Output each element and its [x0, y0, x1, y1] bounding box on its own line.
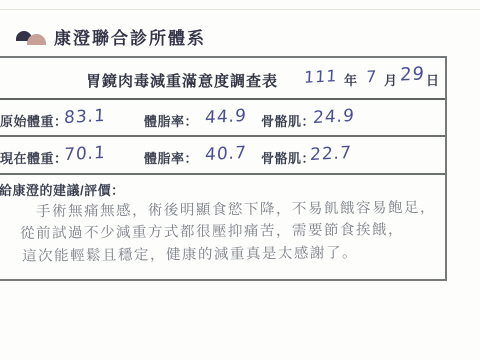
date-month-value: 7 [366, 67, 378, 87]
current-muscle-label: 骨骼肌： [261, 148, 315, 167]
date-year-value: 111 [304, 66, 339, 87]
clinic-brand-title: 康澄聯合診所體系 [54, 28, 206, 50]
original-bodyfat-value: 44.9 [205, 106, 248, 128]
current-bodyfat-value: 40.7 [205, 143, 248, 165]
clinic-brand-header: 康澄聯合診所體系 [16, 28, 206, 50]
original-measurements-row: 原始體重： 83.1 體脂率： 44.9 骨骼肌： 24.9 [0, 100, 445, 137]
logo-pink-dome-shape [27, 34, 46, 45]
comments-label: 給康澄的建議/評價： [0, 180, 125, 199]
form-title-row: 胃鏡肉毒減重滿意度調查表 111 年 7 月 29 日 [0, 58, 445, 100]
original-weight-label: 原始體重： [0, 111, 68, 130]
current-muscle-value: 22.7 [310, 143, 353, 165]
date-day-value: 29 [399, 63, 425, 85]
current-measurements-row: 現在體重： 70.1 體脂率： 40.7 骨骼肌： 22.7 [0, 137, 445, 175]
current-weight-value: 70.1 [64, 143, 107, 165]
date-month-unit: 月 [384, 70, 397, 89]
comments-section: 給康澄的建議/評價： 手術無痛無感，術後明顯食慾下降，不易飢餓容易飽足， 從前試… [0, 175, 445, 277]
date-year-unit: 年 [344, 70, 357, 89]
original-weight-value: 83.1 [64, 106, 107, 128]
survey-form-table: 胃鏡肉毒減重滿意度調查表 111 年 7 月 29 日 原始體重： 83.1 體… [0, 56, 447, 281]
scan-edge-line [0, 9, 480, 10]
original-muscle-label: 骨骼肌： [261, 111, 315, 130]
form-title: 胃鏡肉毒減重滿意度調查表 [86, 70, 278, 91]
clinic-logo-icon [16, 30, 48, 50]
comment-line-2: 從前試過不少減重方式都很壓抑痛苦，需要節食挨餓， [20, 218, 404, 243]
original-muscle-value: 24.9 [313, 106, 356, 128]
comment-line-3: 這次能輕鬆且穩定，健康的減重真是太感謝了。 [22, 241, 358, 266]
current-bodyfat-label: 體脂率： [144, 148, 198, 167]
original-bodyfat-label: 體脂率： [144, 111, 198, 130]
current-weight-label: 現在體重： [0, 148, 68, 167]
date-day-unit: 日 [426, 70, 439, 89]
